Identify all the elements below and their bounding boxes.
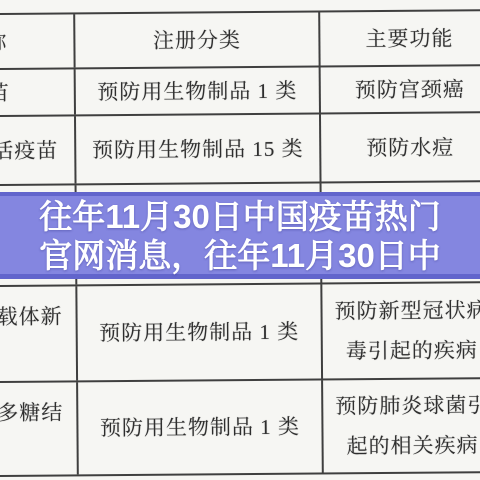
- main-function-cell: 预防水痘: [321, 113, 480, 181]
- vaccine-name-cell: 活疫苗: [0, 116, 77, 184]
- main-function: 预防肺炎球菌引 起的相关疾病: [335, 385, 480, 466]
- header-function-label: 主要功能: [365, 18, 453, 59]
- vaccine-name: 活疫苗: [0, 130, 58, 171]
- table-row: 多糖结 预防用生物制品 1 类 预防肺炎球菌引 起的相关疾病: [0, 379, 480, 477]
- headline-title-line1: 往年11月30日中国疫苗热门: [0, 197, 480, 236]
- registration-category: 预防用生物制品 1 类: [100, 407, 300, 449]
- screenshot-root: 称 注册分类 主要功能 苗 预防用生物制品 1 类 预防宫颈癌 活疫苗: [0, 0, 480, 480]
- table-header-row: 称 注册分类 主要功能: [0, 11, 480, 70]
- table-row: 苗 预防用生物制品 1 类 预防宫颈癌: [0, 66, 480, 117]
- vaccine-name-cell: 苗: [0, 69, 76, 115]
- table-row: 载体新 预防用生物制品 1 类 预防新型冠状病 毒引起的疾病: [0, 283, 480, 383]
- registration-category: 预防用生物制品 1 类: [97, 70, 297, 112]
- registration-category-cell: 预防用生物制品 1 类: [76, 67, 321, 114]
- main-function-cell: 预防新型冠状病 毒引起的疾病: [322, 283, 480, 378]
- main-function-cell: 预防宫颈癌: [321, 66, 480, 112]
- headline-title: 往年11月30日中国疫苗热门 官网消息，往年11月30日中: [0, 192, 480, 275]
- vaccine-name: 苗: [0, 72, 10, 112]
- header-category-cell: 注册分类: [75, 12, 320, 67]
- header-name-label: 称: [0, 21, 8, 61]
- header-name-cell: 称: [0, 14, 76, 68]
- main-function: 预防水痘: [366, 127, 454, 168]
- vaccine-name-cell: 多糖结: [0, 382, 79, 475]
- registration-category-cell: 预防用生物制品 1 类: [77, 284, 323, 380]
- main-function-cell: 预防肺炎球菌引 起的相关疾病: [323, 379, 480, 472]
- vaccine-name: 多糖结: [0, 392, 63, 433]
- vaccine-name-cell: 载体新: [0, 286, 78, 381]
- vaccine-name: 载体新: [0, 296, 63, 337]
- registration-category-cell: 预防用生物制品 15 类: [76, 114, 322, 183]
- registration-category-cell: 预防用生物制品 1 类: [78, 380, 324, 474]
- main-function: 预防新型冠状病 毒引起的疾病: [334, 290, 480, 371]
- header-function-cell: 主要功能: [320, 11, 480, 65]
- headline-title-line2: 官网消息，往年11月30日中: [0, 236, 480, 275]
- registration-category: 预防用生物制品 15 类: [92, 128, 304, 170]
- registration-category: 预防用生物制品 1 类: [99, 312, 299, 354]
- headline-overlay-banner: 往年11月30日中国疫苗热门 官网消息，往年11月30日中: [0, 192, 480, 279]
- header-category-label: 注册分类: [153, 20, 241, 61]
- table-row: 活疫苗 预防用生物制品 15 类 预防水痘: [0, 113, 480, 186]
- main-function: 预防宫颈癌: [355, 69, 465, 110]
